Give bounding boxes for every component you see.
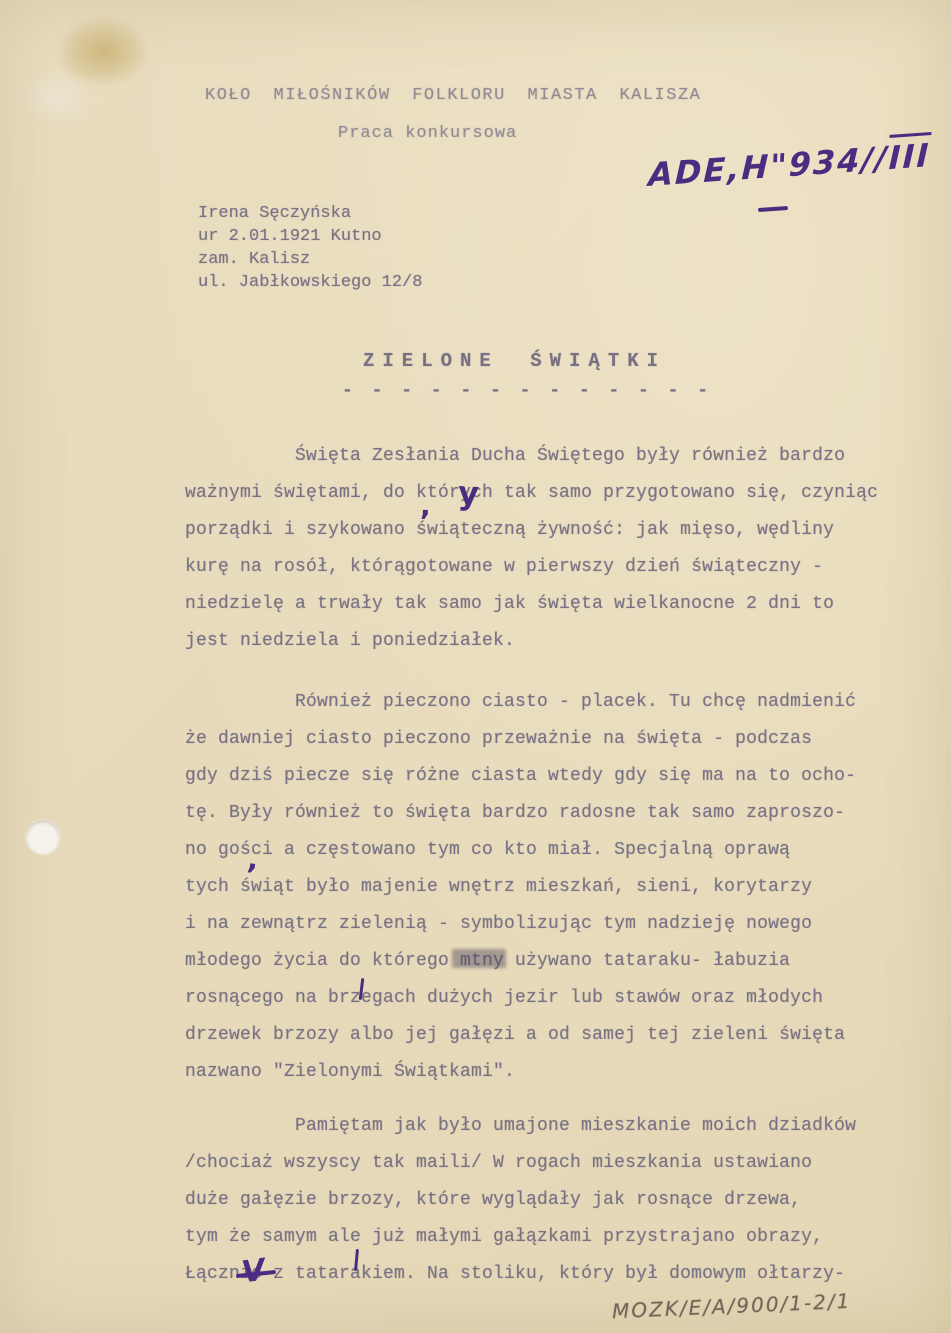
pen-underline-dash: [758, 206, 788, 212]
title-underline: - - - - - - - - - - - - -: [342, 381, 712, 401]
archive-code-roman: III: [888, 132, 931, 177]
hole-punch: [26, 820, 60, 854]
handwritten-archive-code: ADE,H"934//III: [648, 136, 931, 194]
document-title: ZIELONE ŚWIĄTKI: [363, 350, 666, 372]
scanned-document-page: KOŁO MIŁOŚNIKÓW FOLKLORU MIASTA KALISZA …: [0, 0, 951, 1333]
pen-inserted-letter: y: [457, 473, 480, 512]
pen-inserted-comma-1: ,: [420, 489, 431, 522]
author-block: Irena Sęczyńska ur 2.01.1921 Kutno zam. …: [198, 202, 422, 294]
paragraph-1: Święta Zesłania Ducha Świętego były równ…: [185, 438, 933, 660]
paper-smudge: [8, 55, 108, 140]
paragraph-2: Również pieczono ciasto - placek. Tu chc…: [185, 684, 933, 1091]
organization-header: KOŁO MIŁOŚNIKÓW FOLKLORU MIASTA KALISZA: [205, 86, 701, 105]
archive-code-main: ADE,H"934//: [648, 139, 890, 194]
pencil-archive-code: MOZK/E/A/900/1-2/1: [612, 1289, 852, 1323]
work-subtitle: Praca konkursowa: [338, 124, 517, 143]
typewriter-strikeover: [452, 949, 506, 968]
paragraph-3: Pamiętam jak było umajone mieszkanie moi…: [185, 1108, 933, 1293]
